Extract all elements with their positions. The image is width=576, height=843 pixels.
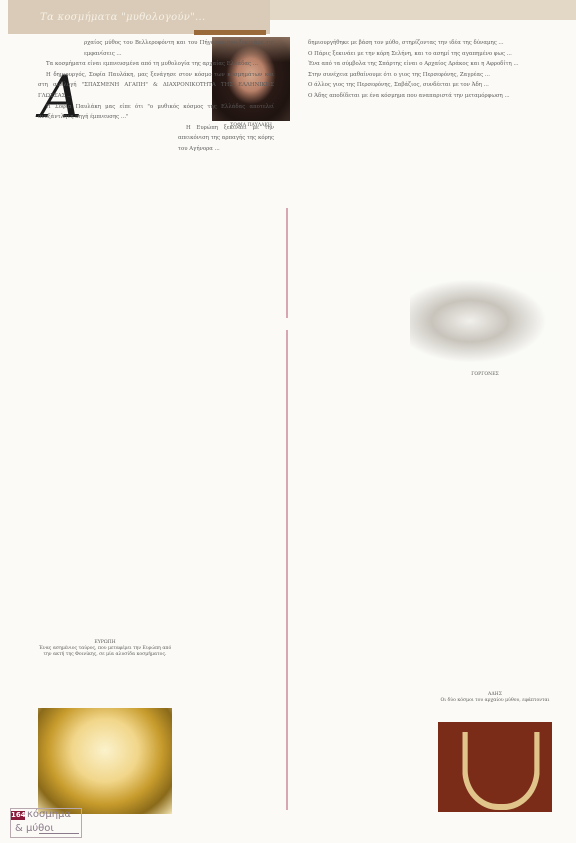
paragraph: Η δημιουργός, Σοφία Παυλάκη, μας ξενάγησ… [38,70,274,102]
paragraph: Στην συνέχεια μαθαίνουμε ότι ο γιος της … [300,70,560,81]
paragraph: δημιουργήθηκε με βάση τον μύθο, στηρίζον… [300,38,560,49]
magazine-logo: 164 κόσμημα & μύθοι [10,808,82,838]
gorgons-jewelry-photo [410,272,560,370]
paragraph: Ο Άδης αποδίδεται με ένα κόσμημα που ανα… [300,91,560,102]
gorgons-caption: ΓΟΡΓΟΝΕΣ [450,372,520,378]
paragraph: Ένα από τα σύμβολα της Σπάρτης είναι ο Α… [300,59,560,70]
left-column: ρχαίος μύθος του Βελλεροφόντη και του Πή… [38,38,274,155]
paragraph: Η Σοφία Παυλάκη μας είπε ότι "ο μυθικός … [38,102,274,123]
paragraph: Η Ευρώπη ξεκινάει με την απεικόνιση της … [178,123,274,155]
paragraph: Ο άλλος γιος της Περσεφόνης, Σαβάζιος, σ… [300,80,560,91]
right-column: δημιουργήθηκε με βάση τον μύθο, στηρίζον… [300,38,560,102]
hades-caption: ΑΔΗΣ Οι δύο κόσμοι του αρχαίου μύθου, εφ… [440,692,550,704]
logo-text: κόσμημα [27,809,71,820]
header-accent-bar [194,30,266,35]
europe-caption: ΕΥΡΩΠΗ Ένας ασημένιος ταύρος, που μεταφέ… [38,640,172,658]
paragraph: Τα κοσμήματα είναι εμπνευσμένα από τη μυ… [38,59,274,70]
column-divider [286,330,288,810]
page-number: 164 [11,811,25,820]
gold-necklace-photo [38,708,172,814]
page-title: Τα κοσμήματα "μυθολογούν"... [40,12,205,23]
paragraph: Ο Πάρις ξεκινάει με την κόρη Σελήνη, και… [300,49,560,60]
logo-underline [39,833,79,834]
hades-necklace-photo [438,722,552,812]
paragraph: ρχαίος μύθος του Βελλεροφόντη και του Πή… [84,38,274,59]
column-divider [286,208,288,318]
